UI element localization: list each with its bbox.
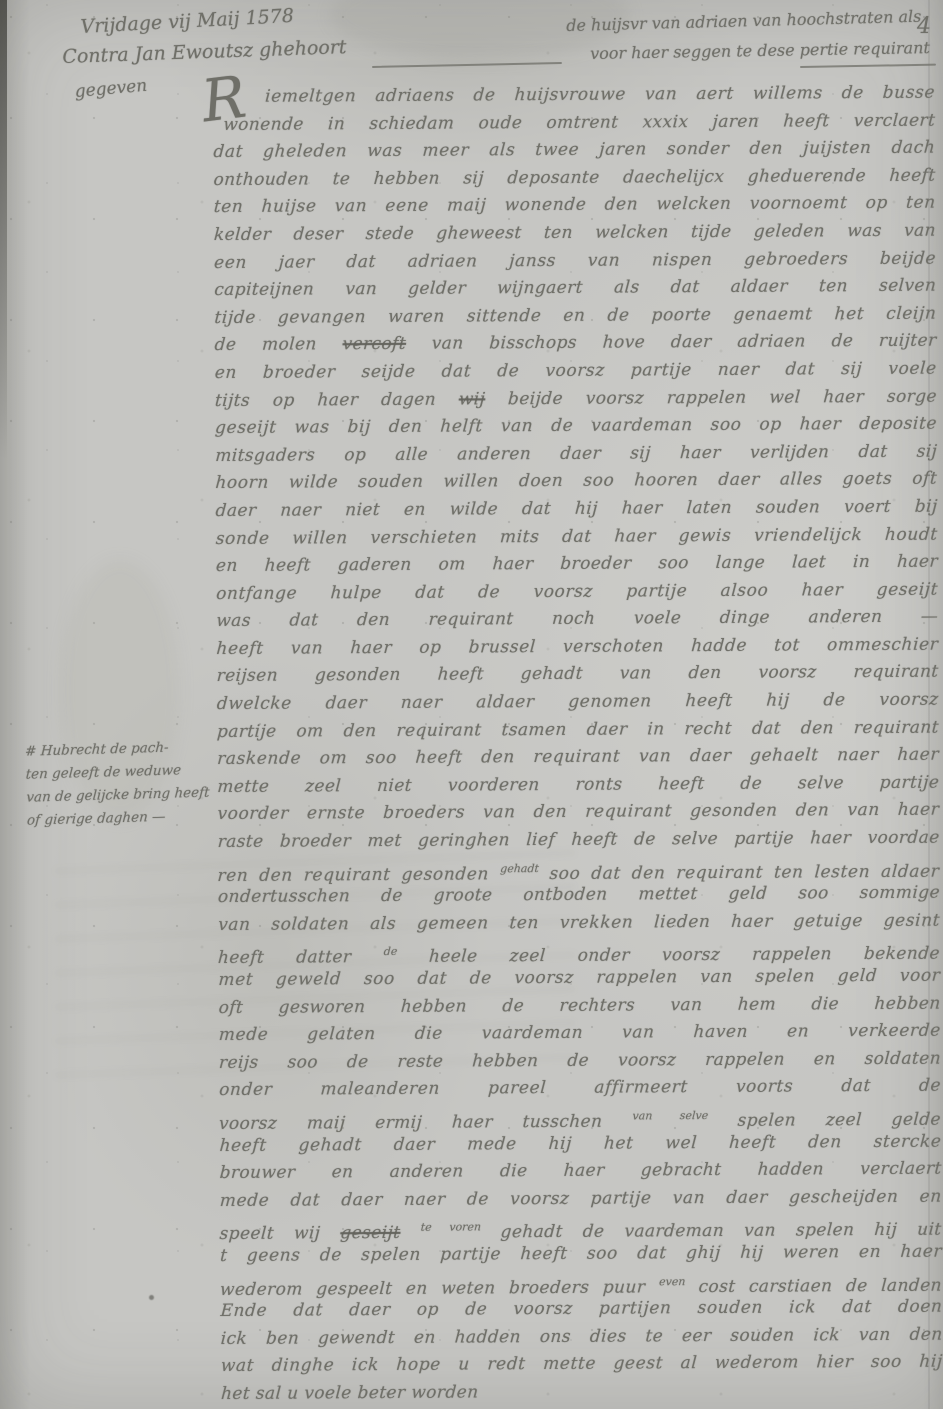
line-segment: wonende in schiedam oude omtrent xxxix j… — [223, 110, 936, 134]
manuscript-line: heeft datter de heele zeel onder voorsz … — [217, 935, 941, 967]
margin-note: # Hubrecht de pach-ten geleeft de weduwe… — [25, 735, 217, 832]
sup-segment: te voren — [420, 1221, 481, 1234]
line-segment: ick ben gewendt en hadden ons dies te ee… — [220, 1324, 943, 1348]
folio-number: 4 — [917, 14, 931, 39]
manuscript-line: dwelcke daer naer aldaer genomen heeft h… — [216, 687, 940, 719]
line-segment: met geweld soo dat de voorsz rappelen va… — [218, 966, 941, 990]
manuscript-line: ten huijse van eene maij wonende den wel… — [213, 190, 937, 222]
manuscript-line: het sal u voele beter worden — [220, 1376, 943, 1408]
line-segment: daer naer niet en wilde dat hij haer lat… — [215, 496, 938, 520]
line-segment: van bisschops hove daer adriaen de ruijt… — [405, 331, 937, 354]
line-segment: kelder deser stede gheweest ten welcken … — [213, 221, 936, 245]
manuscript-line: capiteijnen van gelder wijngaert als dat… — [213, 273, 937, 305]
line-segment: raskende om soo heeft den requirant van … — [217, 745, 940, 769]
manuscript-line: wat dinghe ick hope u redt mette geest a… — [220, 1349, 943, 1381]
line-segment: tijts op haer dagen — [214, 389, 459, 410]
manuscript-line: raste broeder met geringhen lief heeft d… — [217, 825, 941, 857]
strike-segment: wij — [458, 389, 486, 409]
manuscript-line: was dat den requirant noch voele dinge a… — [215, 604, 939, 636]
line-segment: tijde gevangen waren sittende en de poor… — [214, 303, 937, 327]
manuscript-line: kelder deser stede gheweest ten welcken … — [213, 218, 937, 250]
strike-segment: vercoft — [342, 334, 407, 354]
line-segment: t geens de spelen partije heeft soo dat … — [220, 1241, 943, 1265]
sup-segment: gehadt — [500, 862, 539, 875]
manuscript-line: met geweld soo dat de voorsz rappelen va… — [218, 963, 942, 995]
line-segment: van soldaten als gemeen ten vrekken lied… — [218, 910, 941, 934]
line-segment: brouwer en anderen die haer gebracht had… — [219, 1159, 942, 1183]
line-segment — [400, 1223, 421, 1243]
line-segment: dwelcke daer naer aldaer genomen heeft h… — [216, 690, 939, 714]
line-segment: of gierige daghen — — [27, 809, 166, 829]
line-segment: en heeft gaderen om haer broeder soo lan… — [215, 552, 938, 576]
manuscript-line: onder maleanderen pareel affirmeert voor… — [218, 1073, 942, 1105]
line-segment: spelen zeel gelde — [707, 1110, 941, 1131]
manuscript-line: ondertusschen de groote ontboden mettet … — [217, 880, 941, 912]
line-segment: raste broeder met geringhen lief heeft d… — [217, 828, 940, 852]
line-segment: een jaer dat adriaen janss van nispen ge… — [213, 248, 936, 272]
manuscript-scan: Vrijdage vij Maij 1578 Contra Jan Ewouts… — [0, 0, 943, 1409]
line-segment: voorder ernste broeders van den requiran… — [217, 800, 940, 824]
strike-segment: geseijt — [340, 1223, 401, 1243]
sup-segment: van selve — [632, 1109, 709, 1122]
manuscript-line: Ende dat daer op de voorsz partijen soud… — [220, 1294, 943, 1326]
manuscript-line: brouwer en anderen die haer gebracht had… — [219, 1156, 943, 1188]
manuscript-line: voorsz maij ermij haer tusschen van selv… — [218, 1101, 942, 1133]
line-segment: capiteijnen van gelder wijngaert als dat… — [214, 276, 937, 300]
line-segment: ten huijse van eene maij wonende den wel… — [213, 193, 936, 217]
manuscript-line: iemeltgen adriaens de huijsvrouwe van ae… — [212, 80, 936, 112]
line-segment: van de gelijcke bring heeft — [26, 785, 210, 806]
manuscript-body: iemeltgen adriaens de huijsvrouwe van ae… — [212, 80, 942, 1409]
line-segment: geseijt was bij den helft van de vaardem… — [214, 414, 937, 438]
line-segment: de molen — [214, 335, 343, 356]
ink-speck — [149, 1295, 154, 1300]
line-segment: mitsgaders op alle anderen daer sij haer… — [215, 441, 938, 465]
line-segment: mede gelaten die vaardeman van haven en … — [218, 1021, 941, 1045]
manuscript-line: geseijt was bij den helft van de vaardem… — [214, 411, 938, 443]
sup-segment: even — [659, 1275, 686, 1288]
line-segment: hoorn wilde souden willen doen soo hoore… — [215, 469, 938, 493]
manuscript-line: en heeft gaderen om haer broeder soo lan… — [215, 549, 939, 581]
manuscript-line: de molen vercoft van bisschops hove daer… — [214, 328, 938, 360]
line-segment: mede dat daer naer de voorsz partije van… — [219, 1186, 942, 1210]
line-segment: oft gesworen hebben de rechters van hem … — [218, 993, 941, 1017]
line-segment: ten geleeft de weduwe — [25, 762, 181, 782]
line-segment: sonde willen verschieten mits dat haer g… — [215, 524, 938, 548]
manuscript-line: speelt wij geseijt te voren gehadt de va… — [219, 1211, 943, 1243]
line-segment: heeft van haer op brussel verschoten had… — [216, 634, 939, 658]
manuscript-line: hoorn wilde souden willen doen soo hoore… — [215, 466, 939, 498]
line-segment: mette zeel niet voorderen ronts heeft de… — [217, 772, 940, 796]
line-segment: reijsen gesonden heeft gehadt van den vo… — [216, 662, 939, 686]
line-segment: partije om den requirant tsamen daer in … — [216, 717, 939, 741]
line-segment: onthouden te hebben sij deposante daeche… — [213, 165, 936, 189]
manuscript-line: daer naer niet en wilde dat hij haer lat… — [215, 493, 939, 525]
manuscript-line: dat gheleden was meer als twee jaren son… — [213, 135, 937, 167]
line-segment: iemeltgen adriaens de huijsvrouwe van ae… — [264, 83, 935, 107]
line-segment: wat dinghe ick hope u redt mette geest a… — [220, 1352, 943, 1376]
line-segment: speelt wij — [219, 1224, 341, 1245]
line-segment: ontfange hulpe dat de voorsz partije als… — [215, 579, 938, 603]
manuscript-line: raskende om soo heeft den requirant van … — [216, 742, 940, 774]
line-segment: onder maleanderen pareel affirmeert voor… — [219, 1076, 942, 1100]
gutter-edge-shadow — [0, 0, 7, 460]
line-segment: en broeder seijde dat de voorsz partije … — [214, 359, 937, 383]
line-segment: beijde voorsz rappelen wel haer sorge — [485, 386, 938, 409]
manuscript-line: t geens de spelen partije heeft soo dat … — [219, 1238, 943, 1270]
manuscript-line: mede gelaten die vaardeman van haven en … — [218, 1018, 942, 1050]
line-segment: ondertusschen de groote ontboden mettet … — [217, 883, 940, 907]
line-segment: was dat den requirant noch voele dinge a… — [216, 607, 939, 631]
line-segment: reijs soo de reste hebben de voorsz rapp… — [218, 1048, 941, 1072]
sup-segment: de — [383, 945, 397, 958]
manuscript-line: en broeder seijde dat de voorsz partije … — [214, 356, 938, 388]
line-segment: Ende dat daer op de voorsz partijen soud… — [220, 1297, 943, 1321]
line-segment: heeft gehadt daer mede hij het wel heeft… — [219, 1131, 942, 1155]
manuscript-line: voorder ernste broeders van den requiran… — [217, 797, 941, 829]
line-segment: het sal u voele beter worden — [220, 1382, 479, 1404]
line-segment: dat gheleden was meer als twee jaren son… — [213, 138, 936, 162]
line-segment: # Hubrecht de pach- — [25, 740, 169, 760]
